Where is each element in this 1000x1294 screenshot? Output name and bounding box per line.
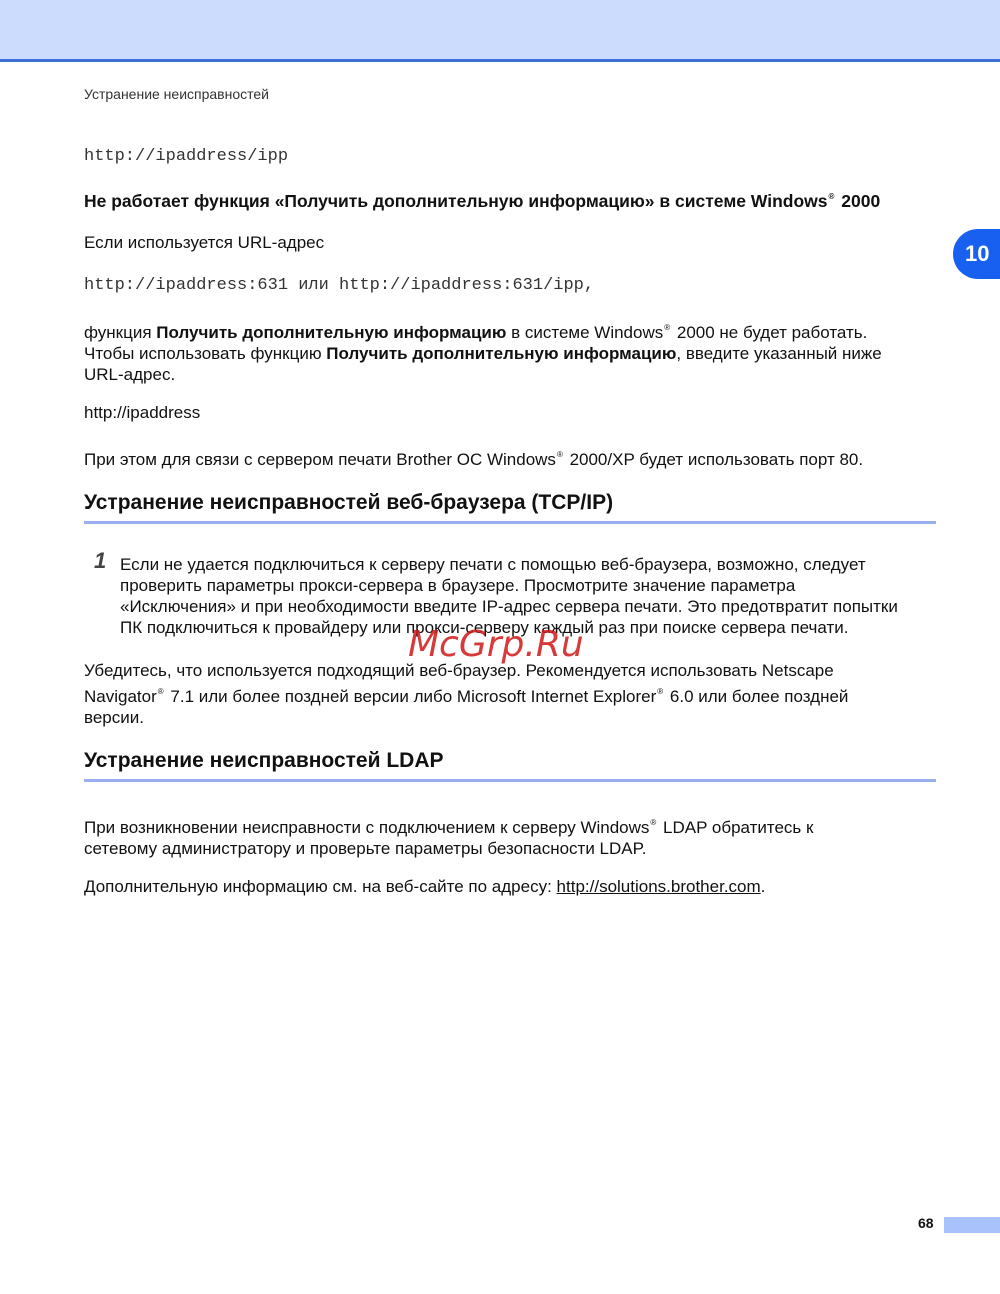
running-header: Устранение неисправностей [84,86,269,102]
browser-note: Убедитесь, что используется подходящий в… [84,660,936,728]
top-band [0,0,1000,62]
page-number: 68 [918,1215,934,1231]
port-note: При этом для связи с сервером печати Bro… [84,444,936,470]
urls-631: http://ipaddress:631 или http://ipaddres… [84,275,936,296]
ldap-paragraph: При возникновении неисправности с подклю… [84,812,936,859]
page-number-bar [944,1217,1000,1233]
watermark: McGrp.Ru [408,624,584,665]
if-used-text: Если используется URL-адрес [84,232,936,253]
paragraph-get-info: функция Получить дополнительную информац… [84,317,936,385]
url-plain: http://ipaddress [84,402,936,423]
step-number: 1 [94,548,106,574]
more-info: Дополнительную информацию см. на веб-сай… [84,876,936,897]
subheading: Не работает функция «Получить дополнител… [84,186,936,212]
section-title-ldap: Устранение неисправностей LDAP [84,749,936,782]
url-ipp: http://ipaddress/ipp [84,146,936,167]
section-title-browser: Устранение неисправностей веб-браузера (… [84,491,936,524]
chapter-tab: 10 [953,229,1000,279]
solutions-link[interactable]: http://solutions.brother.com [557,877,761,896]
